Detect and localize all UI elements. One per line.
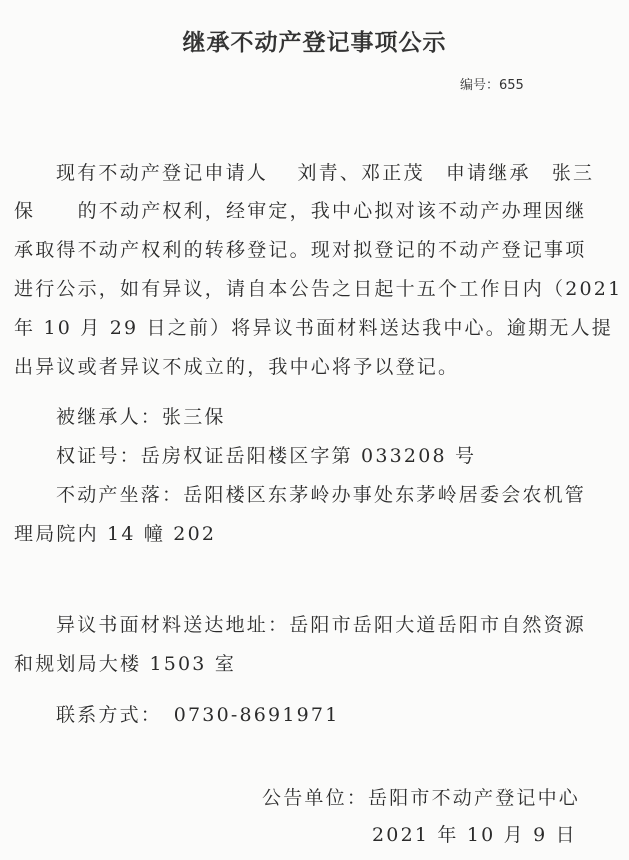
date-line: 2021 年 10 月 9 日 — [372, 820, 577, 847]
body-line-6: 出异议或者异议不成立的，我中心将予以登记。 — [14, 352, 459, 379]
issuer-line: 公告单位：岳阳市不动产登记中心 — [262, 783, 580, 810]
objection-address-line-1: 异议书面材料送达地址：岳阳市岳阳大道岳阳市自然资源 — [56, 610, 586, 637]
notice-page: 继承不动产登记事项公示 编号：655 现有不动产登记申请人 刘青、邓正茂 申请继… — [0, 0, 629, 860]
location-line-2: 理局院内 14 幢 202 — [14, 519, 216, 546]
certificate-line: 权证号：岳房权证岳阳楼区字第 033208 号 — [56, 441, 476, 468]
body-line-2: 保 的不动产权利，经审定，我中心拟对该不动产办理因继 — [14, 196, 586, 223]
document-title: 继承不动产登记事项公示 — [0, 24, 629, 57]
body-line-3: 承取得不动产权利的转移登记。现对拟登记的不动产登记事项 — [14, 235, 586, 262]
body-line-4: 进行公示，如有异议，请自本公告之日起十五个工作日内（2021 — [14, 274, 622, 301]
body-line-1: 现有不动产登记申请人 刘青、邓正茂 申请继承 张三 — [56, 158, 594, 185]
body-line-5: 年 10 月 29 日之前）将异议书面材料送达我中心。逾期无人提 — [14, 313, 613, 340]
document-number: 编号：655 — [460, 74, 524, 93]
decedent-line: 被继承人：张三保 — [56, 402, 226, 429]
objection-address-line-2: 和规划局大楼 1503 室 — [14, 649, 236, 676]
contact-line: 联系方式： 0730-8691971 — [56, 700, 340, 727]
location-line-1: 不动产坐落：岳阳楼区东茅岭办事处东茅岭居委会农机管 — [56, 480, 586, 507]
